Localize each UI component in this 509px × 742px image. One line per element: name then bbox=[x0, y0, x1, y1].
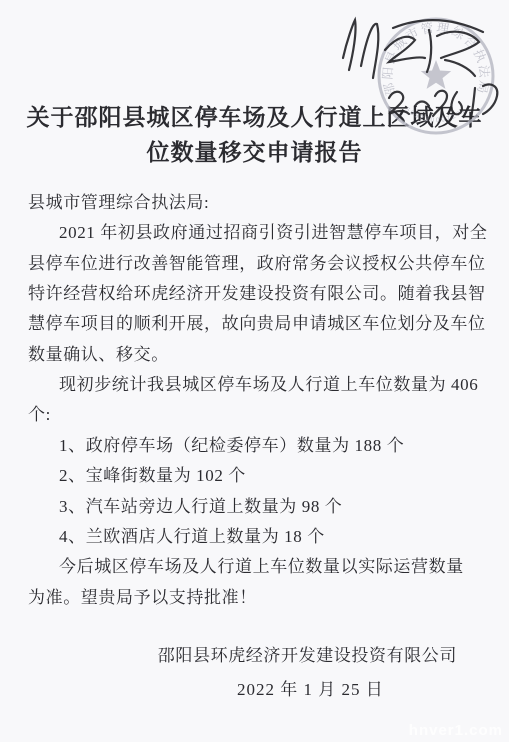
text-line: 4、兰欧酒店人行道上数量为 18 个 bbox=[28, 525, 509, 549]
text-line: 慧停车项目的顺利开展，故向贵局申请城区车位划分及车位 bbox=[28, 312, 484, 336]
text-line: 为准。望贵局予以支持批准！ bbox=[28, 586, 484, 610]
text-line: 县城市管理综合执法局: bbox=[28, 191, 484, 215]
signature-company: 邵阳县环虎经济开发建设投资有限公司 bbox=[158, 641, 457, 666]
text-line: 现初步统计我县城区停车场及人行道上车位数量为 406 bbox=[28, 373, 509, 397]
handwritten-annotation bbox=[333, 6, 509, 126]
text-line: 数量确认、移交。 bbox=[28, 343, 484, 367]
text-line: 个: bbox=[28, 403, 484, 427]
text-line: 2、宝峰街数量为 102 个 bbox=[28, 464, 509, 488]
text-line: 今后城区停车场及人行道上车位数量以实际运营数量 bbox=[28, 555, 509, 579]
watermark-text: hnver1.com bbox=[409, 722, 503, 739]
scanned-document-page: 关于邵阳县城区停车场及人行道上区域及车 位数量移交申请报告 县城市管理综合执法局… bbox=[0, 0, 509, 742]
text-line: 1、政府停车场（纪检委停车）数量为 188 个 bbox=[28, 434, 509, 458]
text-line: 县停车位进行改善智能管理，政府常务会议授权公共停车位 bbox=[28, 252, 484, 276]
text-line: 3、汽车站旁边人行道上数量为 98 个 bbox=[28, 495, 509, 519]
signature-date: 2022 年 1 月 25 日 bbox=[237, 675, 384, 700]
text-line: 特许经营权给环虎经济开发建设投资有限公司。随着我县智 bbox=[28, 282, 484, 306]
text-line: 2021 年初县政府通过招商引资引进智慧停车项目，对全 bbox=[28, 221, 509, 245]
